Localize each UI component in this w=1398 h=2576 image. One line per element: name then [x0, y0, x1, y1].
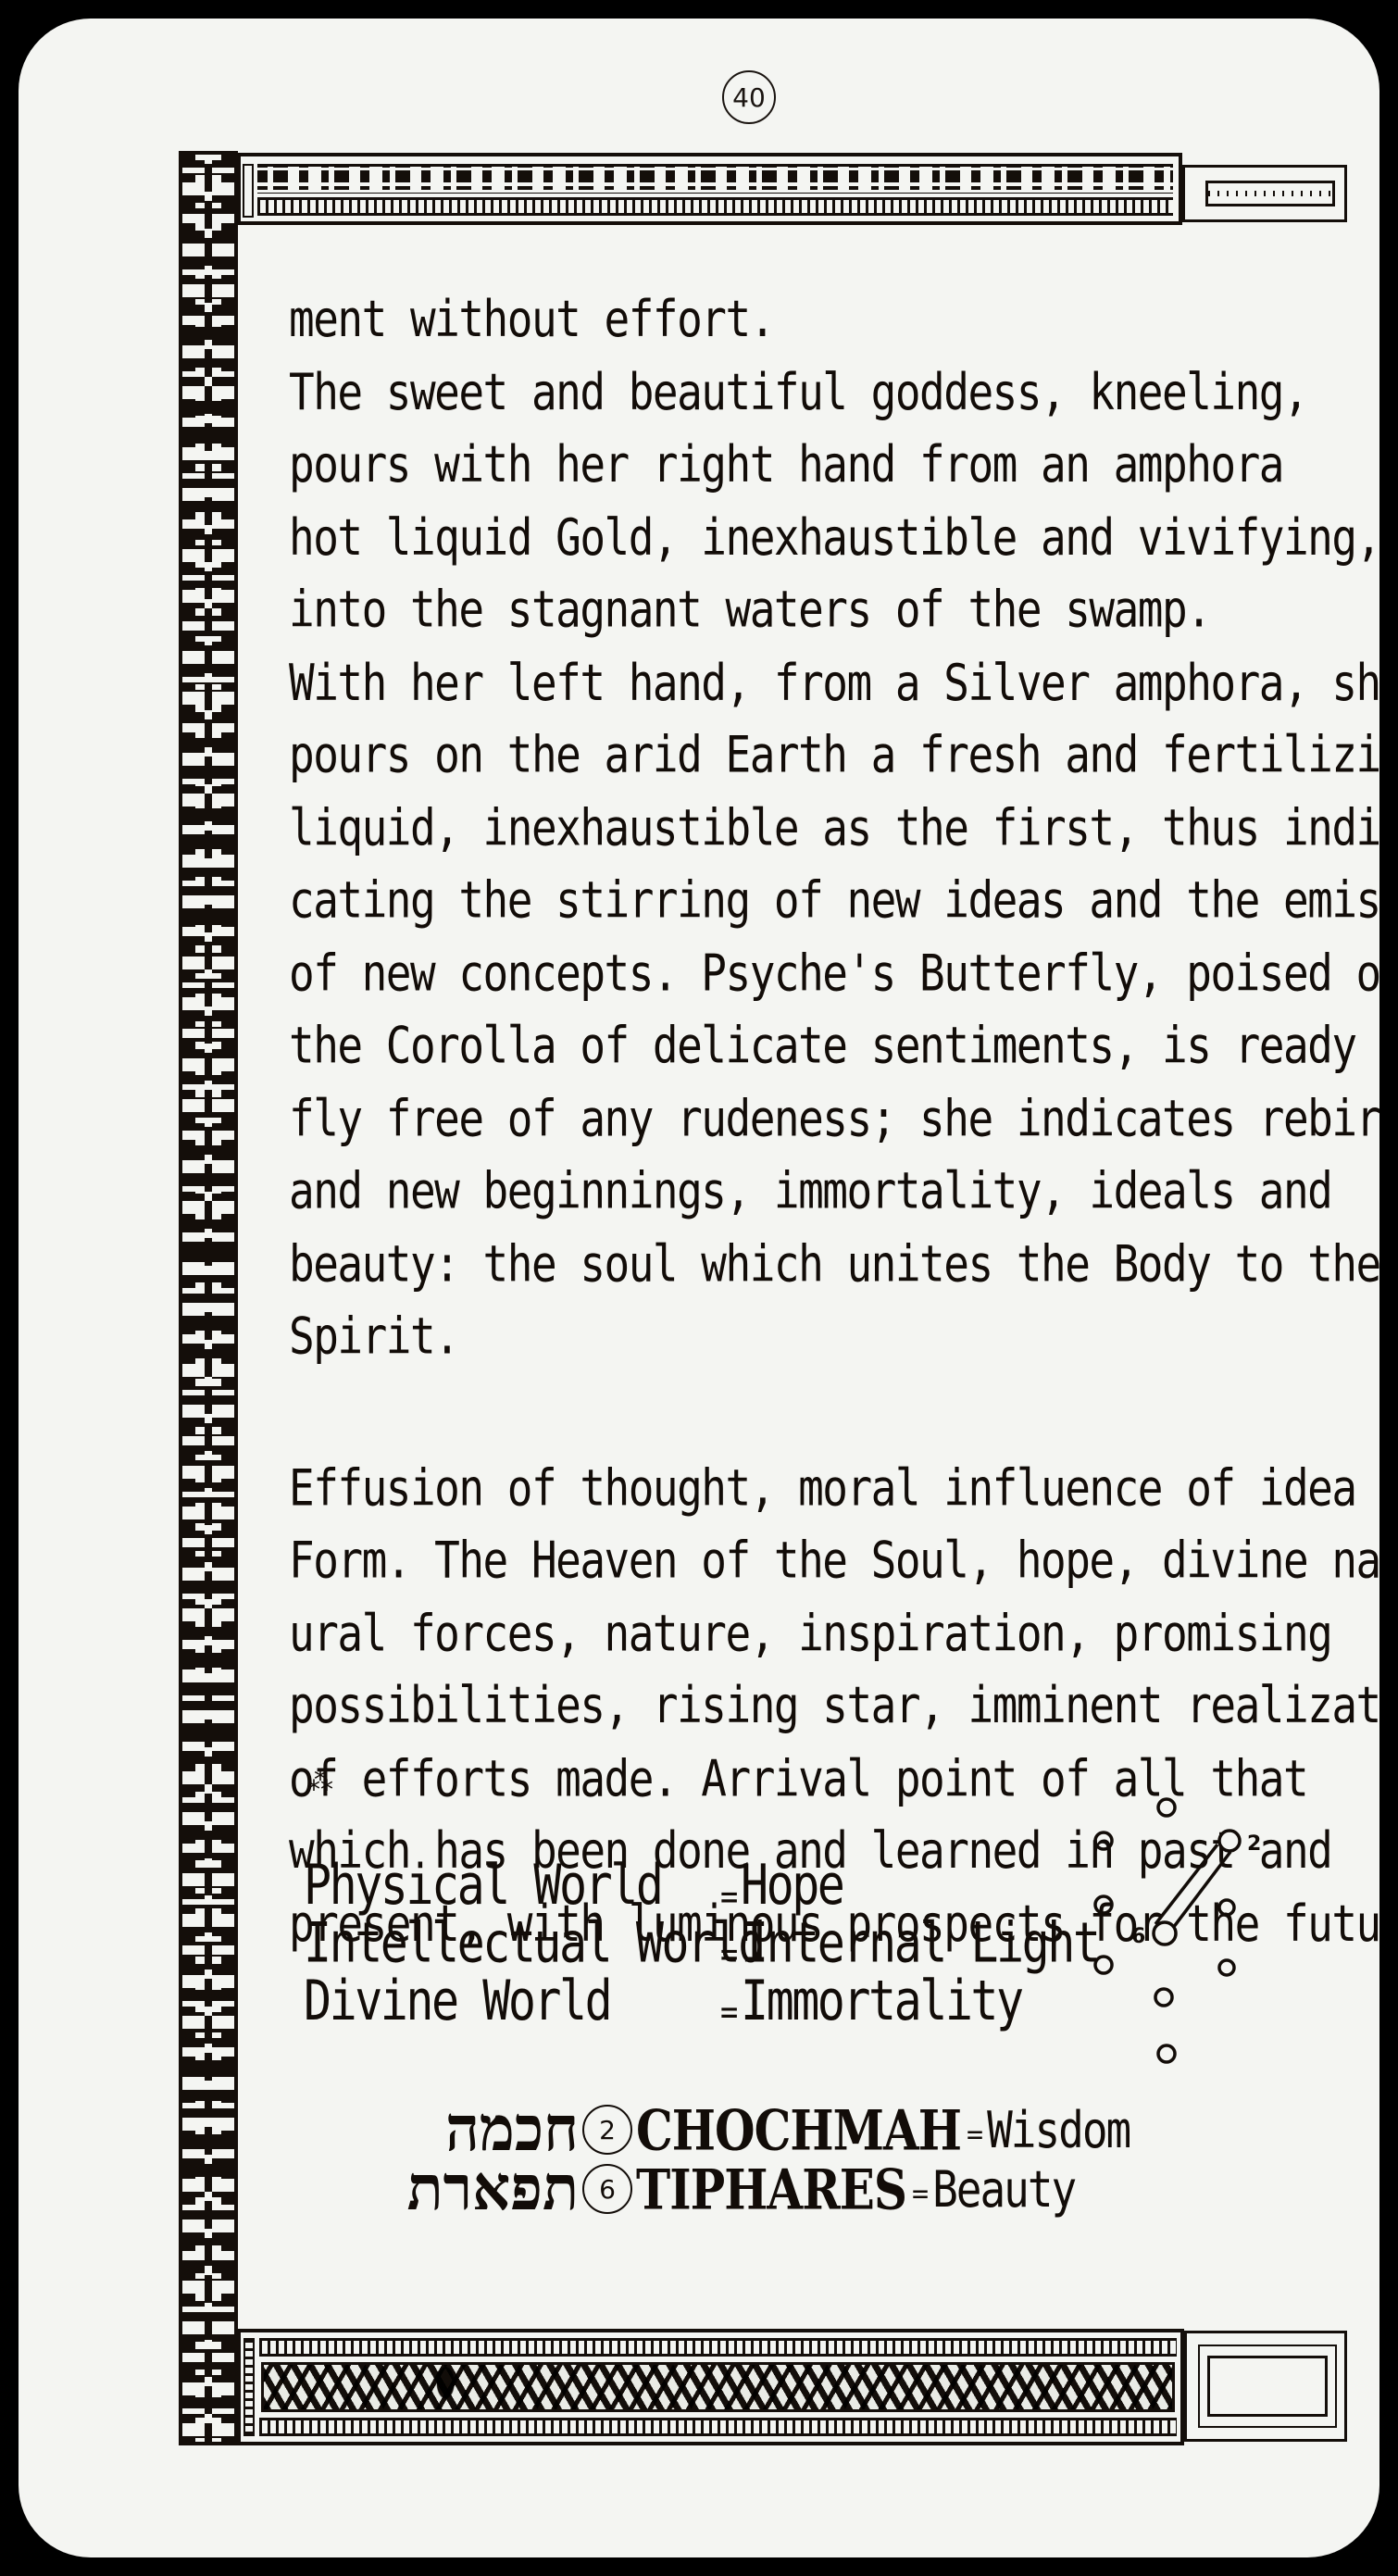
text-line: the Corolla of delicate sentiments, is r…: [289, 1009, 1354, 1082]
text-line: into the stagnant waters of the swamp.: [289, 573, 1354, 645]
text-line: Form. The Heaven of the Soul, hope, divi…: [289, 1523, 1354, 1595]
world-row: Intellectual World = Internal Light: [304, 1917, 1098, 1974]
sephira-node-4: [1095, 1896, 1112, 1913]
text-line: of new concepts. Psyche's Butterfly, poi…: [289, 936, 1354, 1008]
frame-top-corner-box: [1182, 165, 1347, 222]
sephira-node-right-low: [1219, 1960, 1234, 1975]
sephira-node-9: [1155, 1989, 1172, 2006]
sephira-node-7: [1095, 1957, 1112, 1973]
world-meaning: Immortality: [741, 1969, 1022, 2033]
frame-left-ornament: [179, 151, 238, 2445]
frame-bottom-corner-inner: [1207, 2356, 1328, 2417]
worlds-correspondence: Physical World = Hope Intellectual World…: [304, 1859, 1098, 2032]
sephira-node-2: [1219, 1831, 1240, 1851]
text-line: Spirit.: [289, 1300, 1354, 1372]
frame-bottom-chain: [243, 2338, 255, 2436]
text-line: beauty: the soul which unites the Body t…: [289, 1227, 1354, 1299]
sephira-name: CHOCHMAH: [636, 2097, 961, 2163]
sephira-row: תפארת 6 TIPHARES = Beauty: [310, 2159, 1130, 2219]
sephiroth-list: חכמה 2 CHOCHMAH = Wisdom תפארת 6 TIPHARE…: [310, 2100, 1130, 2219]
paragraph-1: ment without effort. The sweet and beaut…: [289, 282, 1354, 1372]
sephira-node-10: [1158, 2045, 1175, 2062]
text-line: fly free of any rudeness; she indicates …: [289, 1082, 1354, 1154]
asterism-ornament-icon: ⁂: [307, 1769, 333, 1794]
equals-sign: =: [912, 2178, 929, 2210]
sephira-node-1: [1158, 1799, 1175, 1816]
world-meaning: Internal Light: [741, 1910, 1098, 1975]
path-2-6-bar: [1155, 1844, 1230, 1932]
sephira-meaning: Wisdom: [987, 2100, 1130, 2159]
world-name: Intellectual World: [304, 1910, 720, 1975]
text-line: possibilities, rising star, imminent rea…: [289, 1669, 1354, 1741]
frame-top-glyph-band: [257, 164, 1173, 194]
sephira-row: חכמה 2 CHOCHMAH = Wisdom: [310, 2100, 1130, 2159]
book-page: 40 ment without effort. The sweet and be…: [19, 19, 1379, 2557]
world-row: Physical World = Hope: [304, 1859, 1098, 1917]
world-name: Physical World: [304, 1853, 720, 1918]
node-label-6: 6: [1131, 1925, 1145, 1948]
sephira-number-badge: 2: [582, 2105, 632, 2155]
text-line: pours on the arid Earth a fresh and fert…: [289, 719, 1354, 791]
paragraph-spacer: [289, 1372, 1354, 1451]
equals-sign: =: [967, 2119, 983, 2151]
frame-bottom-foliage: [261, 2362, 1175, 2412]
frame-bottom-corner-box: [1184, 2331, 1347, 2442]
frame-top-endcap: [243, 164, 254, 218]
sephira-meaning: Beauty: [932, 2159, 1075, 2219]
text-line: cating the stirring of new ideas and the…: [289, 864, 1354, 936]
text-line: and new beginnings, immortality, ideals …: [289, 1155, 1354, 1227]
world-name: Divine World: [304, 1969, 720, 2033]
text-line: Effusion of thought, moral influence of …: [289, 1451, 1354, 1523]
node-label-2: 2: [1247, 1832, 1261, 1856]
equals-sign: =: [720, 1932, 741, 1975]
sephira-node-right-mid: [1219, 1900, 1234, 1915]
equals-sign: =: [720, 1991, 741, 2033]
sephira-number-badge: 6: [582, 2164, 632, 2214]
text-line: The sweet and beautiful goddess, kneelin…: [289, 355, 1354, 427]
sephira-node-6: [1154, 1922, 1176, 1945]
body-text: ment without effort. The sweet and beaut…: [289, 282, 1354, 1959]
tree-of-life-diagram: 2 6: [1065, 1778, 1287, 2074]
frame-top-meander: [257, 197, 1173, 216]
world-meaning: Hope: [741, 1853, 843, 1918]
frame-bottom-ornament: [238, 2329, 1184, 2445]
text-line: hot liquid Gold, inexhaustible and vivif…: [289, 500, 1354, 572]
page-number-badge: 40: [722, 70, 776, 124]
text-line: liquid, inexhaustible as the first, thus…: [289, 791, 1354, 863]
frame-top-corner-inner: [1205, 181, 1335, 206]
text-line: ment without effort.: [289, 282, 1354, 355]
frame-bottom-meander-bottom: [259, 2418, 1177, 2436]
text-line: pours with her right hand from an amphor…: [289, 428, 1354, 500]
sephira-name: TIPHARES: [636, 2157, 906, 2222]
page-number: 40: [732, 82, 766, 113]
hebrew-name: תפארת: [310, 2157, 579, 2220]
sephira-node-3: [1095, 1832, 1112, 1849]
text-line: With her left hand, from a Silver amphor…: [289, 645, 1354, 718]
frame-top-ornament: [238, 153, 1182, 225]
frame-bottom-meander-top: [259, 2338, 1177, 2357]
text-line: ural forces, nature, inspiration, promis…: [289, 1596, 1354, 1669]
world-row: Divine World = Immortality: [304, 1975, 1098, 2032]
